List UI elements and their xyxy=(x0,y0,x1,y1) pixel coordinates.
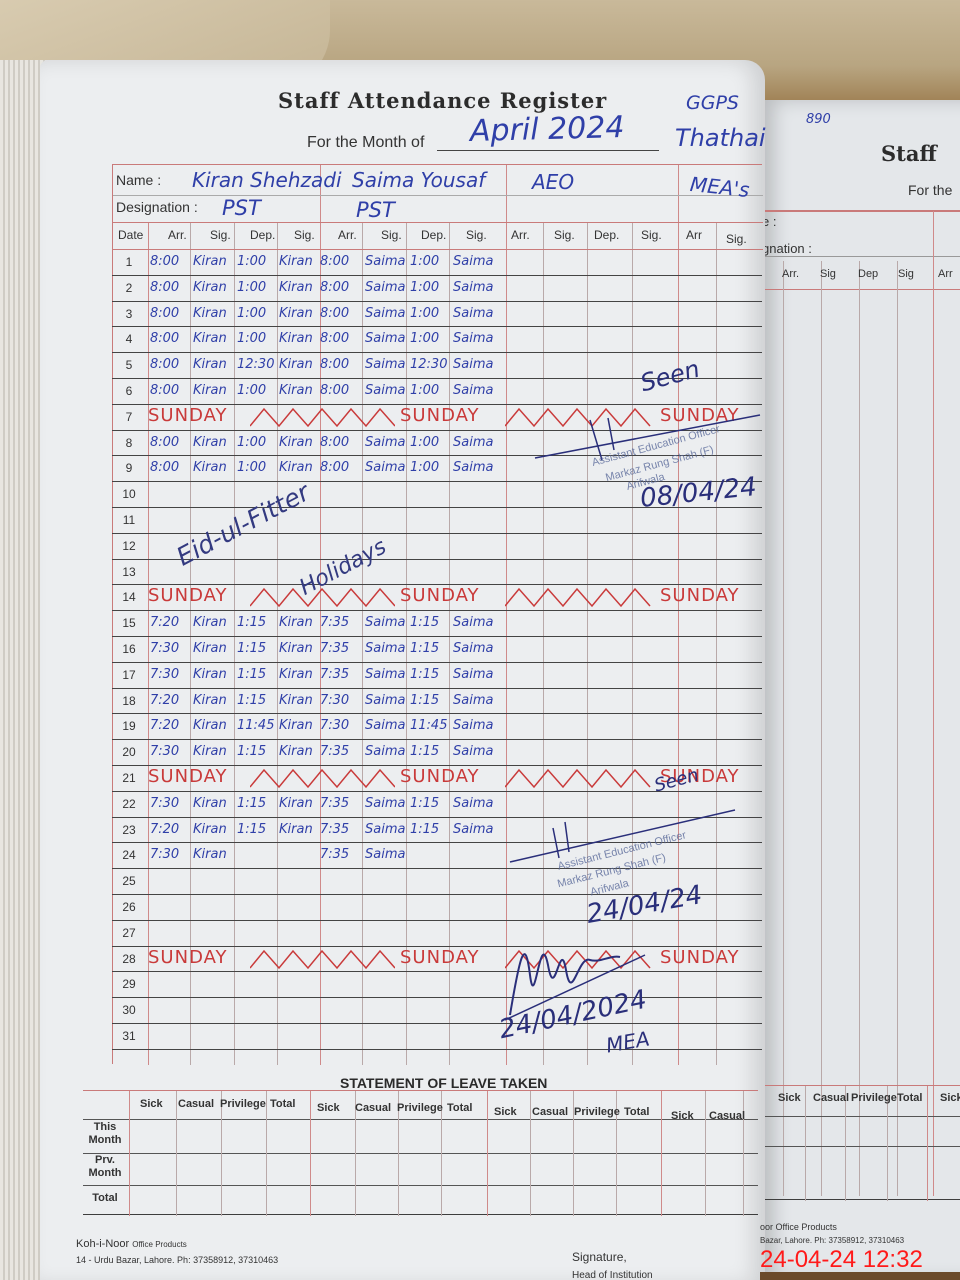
right-page-title: Staff xyxy=(881,141,937,166)
col-arr-2: Arr. xyxy=(338,228,357,242)
s-sig2-cell: Saima xyxy=(453,254,493,269)
k-dep-cell: 1:00 xyxy=(237,254,266,269)
k-sig-cell: Kiran xyxy=(193,615,227,630)
s-sig2-cell: Saima xyxy=(453,641,493,656)
s-sig-cell: Saima xyxy=(365,641,405,656)
sunday-marker: SUNDAY xyxy=(660,947,740,968)
k-sig-cell: Kiran xyxy=(193,331,227,346)
sunday-marker: SUNDAY xyxy=(400,585,480,606)
k-dep-cell: 1:15 xyxy=(237,744,266,759)
month-underline xyxy=(437,150,659,151)
sunday-marker: SUNDAY xyxy=(148,405,228,426)
rp-leave-sick: Sick xyxy=(778,1092,801,1104)
leave-header-privilege: Privilege xyxy=(220,1098,266,1110)
col-dep-1: Dep. xyxy=(250,228,275,242)
k-arr-cell: 8:00 xyxy=(150,460,179,475)
brand-name: Koh-i-Noor xyxy=(76,1238,129,1250)
leave-row-prv-month: Prv. Month xyxy=(84,1154,126,1180)
row-line xyxy=(112,971,762,972)
k-dep-cell: 1:00 xyxy=(237,460,266,475)
s-arr-cell: 8:00 xyxy=(320,306,349,321)
s-sig-cell: Saima xyxy=(365,667,405,682)
k-sig2-cell: Kiran xyxy=(279,435,313,450)
k-dep-cell: 1:15 xyxy=(237,667,266,682)
rp-col-arr2: Arr xyxy=(938,268,953,280)
k-dep-cell: 1:15 xyxy=(237,693,266,708)
s-arr-cell: 8:00 xyxy=(320,357,349,372)
s-sig2-cell: Saima xyxy=(453,280,493,295)
sunday-marker: SUNDAY xyxy=(148,766,228,787)
s-dep-cell: 1:00 xyxy=(410,331,439,346)
rp-leave-total: Total xyxy=(897,1092,922,1104)
zigzag-line xyxy=(505,586,655,608)
col-sig-1: Sig. xyxy=(210,228,231,242)
s-dep-cell: 1:00 xyxy=(410,435,439,450)
s-sig2-cell: Saima xyxy=(453,383,493,398)
leave-header-casual: Casual xyxy=(355,1102,391,1114)
date-number: 18 xyxy=(112,694,146,708)
zigzag-line xyxy=(250,948,395,970)
s-arr-cell: 8:00 xyxy=(320,435,349,450)
signature-label: Signature, xyxy=(572,1250,627,1264)
sunday-marker: SUNDAY xyxy=(400,766,480,787)
k-sig-cell: Kiran xyxy=(193,306,227,321)
k-arr-cell: 7:30 xyxy=(150,847,179,862)
date-number: 16 xyxy=(112,642,146,656)
col-sig2-2: Sig. xyxy=(466,228,487,242)
k-sig-cell: Kiran xyxy=(193,744,227,759)
right-page-designation-label: gnation : xyxy=(762,241,812,256)
designation-label: Designation : xyxy=(116,199,198,215)
leave-header-total: Total xyxy=(624,1106,649,1118)
s-sig2-cell: Saima xyxy=(453,357,493,372)
date-number: 20 xyxy=(112,745,146,759)
s-sig-cell: Saima xyxy=(365,331,405,346)
s-arr-cell: 7:30 xyxy=(320,718,349,733)
date-number: 26 xyxy=(112,900,146,914)
date-number: 4 xyxy=(112,332,146,346)
date-number: 3 xyxy=(112,307,146,321)
row-line xyxy=(112,275,762,276)
rp-col-sig2: Sig xyxy=(898,268,914,280)
k-sig2-cell: Kiran xyxy=(279,254,313,269)
k-sig-cell: Kiran xyxy=(193,796,227,811)
s-sig2-cell: Saima xyxy=(453,460,493,475)
row-line xyxy=(112,636,762,637)
date-number: 23 xyxy=(112,823,146,837)
row-line xyxy=(112,662,762,663)
row-line xyxy=(112,997,762,998)
row-line xyxy=(112,1023,762,1024)
row-line xyxy=(112,352,762,353)
k-arr-cell: 7:20 xyxy=(150,822,179,837)
s-arr-cell: 8:00 xyxy=(320,331,349,346)
page-note: 890 xyxy=(806,112,831,127)
sunday-marker: SUNDAY xyxy=(660,585,740,606)
date-number: 17 xyxy=(112,668,146,682)
col-sig2-3: Sig. xyxy=(641,228,662,242)
photo-timestamp: 24-04-24 12:32 xyxy=(760,1246,923,1274)
k-sig2-cell: Kiran xyxy=(279,641,313,656)
s-arr-cell: 8:00 xyxy=(320,254,349,269)
row-line xyxy=(112,1049,762,1050)
s-sig-cell: Saima xyxy=(365,615,405,630)
k-sig2-cell: Kiran xyxy=(279,822,313,837)
s-sig2-cell: Saima xyxy=(453,306,493,321)
head-of-institution-label: Head of Institution xyxy=(572,1270,653,1280)
rp-footer-brand: oor Office Products xyxy=(760,1222,837,1232)
date-number: 8 xyxy=(112,436,146,450)
s-arr-cell: 7:35 xyxy=(320,822,349,837)
date-number: 11 xyxy=(112,513,146,527)
k-sig-cell: Kiran xyxy=(193,357,227,372)
s-sig2-cell: Saima xyxy=(453,796,493,811)
k-dep-cell: 1:15 xyxy=(237,615,266,630)
k-arr-cell: 7:30 xyxy=(150,744,179,759)
s-sig-cell: Saima xyxy=(365,357,405,372)
k-sig2-cell: Kiran xyxy=(279,280,313,295)
rp-leave-sick-2: Sick xyxy=(940,1092,960,1104)
leave-header-total: Total xyxy=(270,1098,295,1110)
k-dep-cell: 1:00 xyxy=(237,435,266,450)
col-dep-2: Dep. xyxy=(421,228,446,242)
rp-leave-casual: Casual xyxy=(813,1092,849,1104)
rp-leave-privilege: Privilege xyxy=(851,1092,897,1104)
date-number: 31 xyxy=(112,1029,146,1043)
s-dep-cell: 1:00 xyxy=(410,254,439,269)
s-sig-cell: Saima xyxy=(365,383,405,398)
k-dep-cell: 1:15 xyxy=(237,641,266,656)
s-dep-cell: 11:45 xyxy=(410,718,447,733)
date-number: 6 xyxy=(112,384,146,398)
sunday-marker: SUNDAY xyxy=(400,947,480,968)
k-sig-cell: Kiran xyxy=(193,718,227,733)
s-dep-cell: 1:15 xyxy=(410,822,439,837)
date-number: 10 xyxy=(112,487,146,501)
k-sig-cell: Kiran xyxy=(193,693,227,708)
row-line xyxy=(112,688,762,689)
rp-footer-address: Bazar, Lahore. Ph: 37358912, 37310463 xyxy=(760,1236,904,1245)
leave-header-sick: Sick xyxy=(671,1110,694,1122)
s-sig-cell: Saima xyxy=(365,822,405,837)
s-sig-cell: Saima xyxy=(365,460,405,475)
s-dep-cell: 1:15 xyxy=(410,641,439,656)
s-dep-cell: 1:15 xyxy=(410,667,439,682)
row-line xyxy=(112,610,762,611)
row-line xyxy=(112,301,762,302)
zigzag-line xyxy=(250,406,395,428)
right-page-grid xyxy=(763,210,960,1195)
s-dep-cell: 12:30 xyxy=(410,357,447,372)
row-line xyxy=(112,713,762,714)
k-sig-cell: Kiran xyxy=(193,435,227,450)
k-sig-cell: Kiran xyxy=(193,383,227,398)
employee-1-name: Kiran Shehzadi xyxy=(192,168,342,192)
date-number: 2 xyxy=(112,281,146,295)
k-sig-cell: Kiran xyxy=(193,822,227,837)
date-number: 13 xyxy=(112,565,146,579)
employee-3-name: AEO xyxy=(532,170,574,194)
s-arr-cell: 7:35 xyxy=(320,796,349,811)
k-arr-cell: 7:30 xyxy=(150,641,179,656)
employee-1-designation: PST xyxy=(222,196,261,220)
s-arr-cell: 7:35 xyxy=(320,641,349,656)
s-sig-cell: Saima xyxy=(365,254,405,269)
col-sig-4: Sig. xyxy=(726,232,747,246)
k-dep-cell: 1:00 xyxy=(237,331,266,346)
k-sig2-cell: Kiran xyxy=(279,796,313,811)
k-arr-cell: 8:00 xyxy=(150,383,179,398)
s-dep-cell: 1:15 xyxy=(410,693,439,708)
s-sig2-cell: Saima xyxy=(453,667,493,682)
date-number: 14 xyxy=(112,590,146,604)
s-sig2-cell: Saima xyxy=(453,615,493,630)
rp-col-arr: Arr. xyxy=(782,268,799,280)
s-arr-cell: 7:35 xyxy=(320,667,349,682)
s-sig-cell: Saima xyxy=(365,744,405,759)
s-sig2-cell: Saima xyxy=(453,331,493,346)
date-number: 30 xyxy=(112,1003,146,1017)
k-sig-cell: Kiran xyxy=(193,667,227,682)
k-sig2-cell: Kiran xyxy=(279,615,313,630)
leave-row-this-month: This Month xyxy=(84,1121,126,1147)
row-line xyxy=(112,920,762,921)
s-sig-cell: Saima xyxy=(365,796,405,811)
right-page-month-label: For the xyxy=(908,182,952,198)
k-arr-cell: 7:20 xyxy=(150,615,179,630)
date-number: 21 xyxy=(112,771,146,785)
k-arr-cell: 8:00 xyxy=(150,254,179,269)
register-title: Staff Attendance Register xyxy=(278,88,607,113)
s-sig2-cell: Saima xyxy=(453,718,493,733)
k-arr-cell: 8:00 xyxy=(150,306,179,321)
s-sig-cell: Saima xyxy=(365,280,405,295)
s-sig-cell: Saima xyxy=(365,847,405,862)
k-sig2-cell: Kiran xyxy=(279,306,313,321)
k-arr-cell: 7:30 xyxy=(150,667,179,682)
row-line xyxy=(112,739,762,740)
date-number: 25 xyxy=(112,874,146,888)
k-dep-cell: 1:00 xyxy=(237,383,266,398)
col-arr-1: Arr. xyxy=(168,228,187,242)
k-dep-cell: 1:15 xyxy=(237,822,266,837)
k-sig-cell: Kiran xyxy=(193,254,227,269)
leave-header-casual: Casual xyxy=(532,1106,568,1118)
s-dep-cell: 1:00 xyxy=(410,306,439,321)
k-arr-cell: 8:00 xyxy=(150,435,179,450)
rp-col-dep: Dep xyxy=(858,268,878,280)
leave-header-sick: Sick xyxy=(317,1102,340,1114)
k-arr-cell: 7:20 xyxy=(150,693,179,708)
date-number: 12 xyxy=(112,539,146,553)
date-number: 27 xyxy=(112,926,146,940)
sunday-marker: SUNDAY xyxy=(400,405,480,426)
footer-address: 14 - Urdu Bazar, Lahore. Ph: 37358912, 3… xyxy=(76,1255,278,1265)
s-arr-cell: 7:35 xyxy=(320,744,349,759)
date-number: 1 xyxy=(112,255,146,269)
k-sig2-cell: Kiran xyxy=(279,667,313,682)
k-sig2-cell: Kiran xyxy=(279,357,313,372)
k-sig-cell: Kiran xyxy=(193,460,227,475)
leave-header-privilege: Privilege xyxy=(574,1106,620,1118)
brand-suffix: Office Products xyxy=(132,1240,187,1249)
s-arr-cell: 8:00 xyxy=(320,383,349,398)
k-sig2-cell: Kiran xyxy=(279,383,313,398)
col-sig-3: Sig. xyxy=(554,228,575,242)
s-dep-cell: 1:15 xyxy=(410,744,439,759)
leave-header-privilege: Privilege xyxy=(397,1102,443,1114)
k-sig-cell: Kiran xyxy=(193,641,227,656)
k-sig2-cell: Kiran xyxy=(279,693,313,708)
attendance-grid xyxy=(112,164,762,1064)
place-name: Thathai xyxy=(675,124,766,152)
leave-header-sick: Sick xyxy=(494,1106,517,1118)
k-sig2-cell: Kiran xyxy=(279,460,313,475)
date-number: 22 xyxy=(112,797,146,811)
col-arr-4: Arr xyxy=(686,228,702,242)
leave-statement-title: STATEMENT OF LEAVE TAKEN xyxy=(340,1075,547,1091)
col-date: Date xyxy=(118,228,143,242)
k-dep-cell: 1:15 xyxy=(237,796,266,811)
k-dep-cell: 1:00 xyxy=(237,280,266,295)
k-arr-cell: 8:00 xyxy=(150,357,179,372)
zigzag-line xyxy=(250,767,395,789)
s-sig-cell: Saima xyxy=(365,693,405,708)
signature-stroke-2 xyxy=(505,800,745,870)
s-arr-cell: 7:30 xyxy=(320,693,349,708)
s-arr-cell: 8:00 xyxy=(320,280,349,295)
date-number: 29 xyxy=(112,977,146,991)
date-number: 9 xyxy=(112,461,146,475)
k-dep-cell: 12:30 xyxy=(237,357,274,372)
date-number: 19 xyxy=(112,719,146,733)
k-arr-cell: 8:00 xyxy=(150,280,179,295)
col-sig-2: Sig. xyxy=(381,228,402,242)
s-sig2-cell: Saima xyxy=(453,435,493,450)
s-sig-cell: Saima xyxy=(365,718,405,733)
name-label: Name : xyxy=(116,172,161,188)
date-number: 7 xyxy=(112,410,146,424)
k-sig2-cell: Kiran xyxy=(279,718,313,733)
k-dep-cell: 1:00 xyxy=(237,306,266,321)
k-arr-cell: 8:00 xyxy=(150,331,179,346)
col-sig2-1: Sig. xyxy=(294,228,315,242)
s-arr-cell: 7:35 xyxy=(320,847,349,862)
col-arr-3: Arr. xyxy=(511,228,530,242)
employee-2-name: Saima Yousaf xyxy=(352,168,485,192)
s-dep-cell: 1:15 xyxy=(410,615,439,630)
s-dep-cell: 1:00 xyxy=(410,280,439,295)
zigzag-line xyxy=(505,767,655,789)
row-line xyxy=(112,326,762,327)
month-label: For the Month of xyxy=(307,134,424,152)
s-arr-cell: 7:35 xyxy=(320,615,349,630)
s-sig-cell: Saima xyxy=(365,306,405,321)
date-number: 5 xyxy=(112,358,146,372)
k-sig-cell: Kiran xyxy=(193,280,227,295)
s-sig-cell: Saima xyxy=(365,435,405,450)
leave-header-total: Total xyxy=(447,1102,472,1114)
sunday-marker: SUNDAY xyxy=(148,585,228,606)
s-arr-cell: 8:00 xyxy=(320,460,349,475)
footer-brand: Koh-i-Noor Office Products xyxy=(76,1238,187,1250)
leave-header-casual: Casual xyxy=(178,1098,214,1110)
s-dep-cell: 1:15 xyxy=(410,796,439,811)
k-dep-cell: 11:45 xyxy=(237,718,274,733)
s-sig2-cell: Saima xyxy=(453,693,493,708)
k-sig2-cell: Kiran xyxy=(279,744,313,759)
leave-header-casual: Casual xyxy=(709,1110,745,1122)
s-sig2-cell: Saima xyxy=(453,822,493,837)
date-number: 24 xyxy=(112,848,146,862)
leave-row-total: Total xyxy=(84,1192,126,1205)
rp-col-sig: Sig xyxy=(820,268,836,280)
school-name: GGPS xyxy=(686,92,739,114)
leave-header-sick: Sick xyxy=(140,1098,163,1110)
col-dep-3: Dep. xyxy=(594,228,619,242)
k-sig2-cell: Kiran xyxy=(279,331,313,346)
k-arr-cell: 7:30 xyxy=(150,796,179,811)
s-sig2-cell: Saima xyxy=(453,744,493,759)
k-arr-cell: 7:20 xyxy=(150,718,179,733)
date-number: 15 xyxy=(112,616,146,630)
s-dep-cell: 1:00 xyxy=(410,460,439,475)
date-number: 28 xyxy=(112,952,146,966)
month-value: April 2024 xyxy=(470,110,625,149)
sunday-marker: SUNDAY xyxy=(148,947,228,968)
s-dep-cell: 1:00 xyxy=(410,383,439,398)
employee-2-designation: PST xyxy=(356,198,395,222)
k-sig-cell: Kiran xyxy=(193,847,227,862)
